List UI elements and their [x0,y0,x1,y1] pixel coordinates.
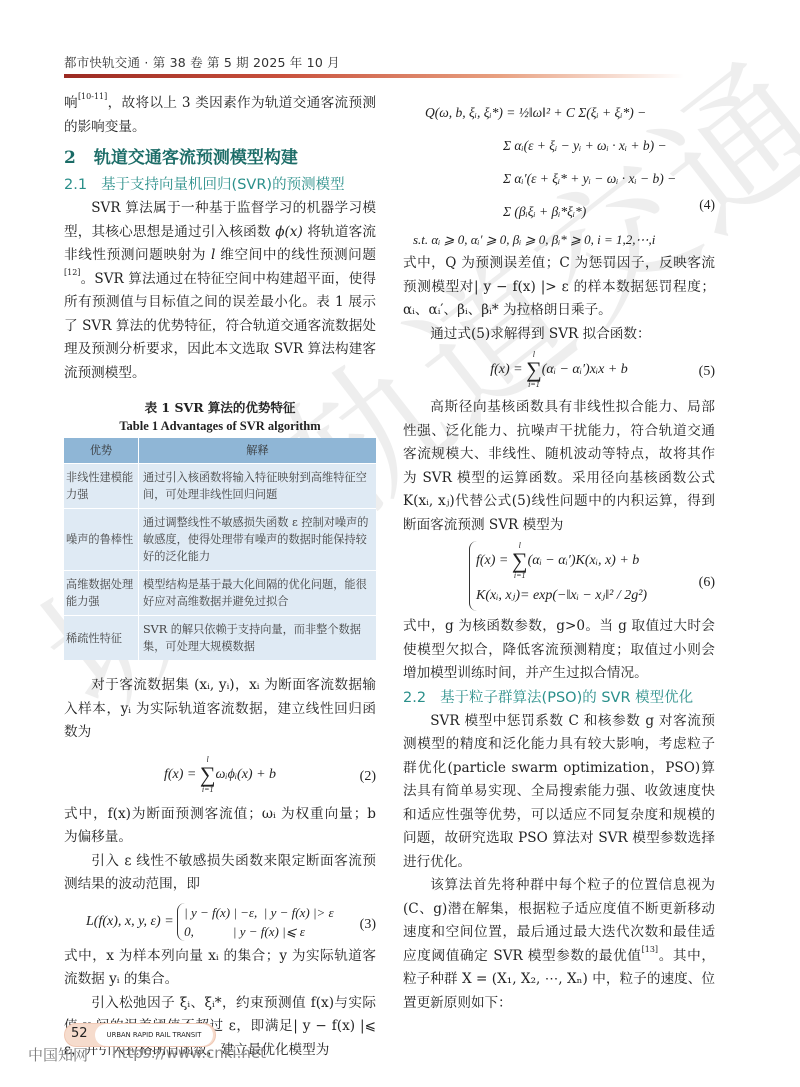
summation-symbol: l∑i=1 [512,541,528,581]
svr-advantages-table: 优势 解释 非线性建模能力强 通过引入核函数将输入特征映射到高维特征空间，可处理… [64,438,376,660]
citation: [12] [64,268,80,277]
table-cell: 非线性建模能力强 [64,464,139,509]
table-cell: SVR 的解只依赖于支持向量，而非整个数据集，可处理大规模数据 [139,616,377,661]
equation-5: f(x) = l∑i=1(αᵢ − αᵢ′)xᵢx + b (5) [403,350,715,390]
paragraph-svr-intro: SVR 算法属于一种基于监督学习的机器学习模型，其核心思想是通过引入核函数 ϕ(… [64,197,376,385]
table-cell: 通过调整线性不敏感损失函数 ε 控制对噪声的敏感度，使得处理带有噪声的数据时能保… [139,509,377,571]
paragraph-eq3-explanation: 式中，x 为样本列向量 xᵢ 的集合；y 为实际轨道客流数据 yᵢ 的集合。 [64,945,376,992]
paragraph-eq6-explanation: 式中，g 为核函数参数，g>0。当 g 取值过大时会使模型欠拟合，降低客流预测精… [403,615,715,686]
header-divider-bar [64,74,684,78]
paragraph-pso-algorithm: 该算法首先将种群中每个粒子的位置信息视为(C、g)潜在解集，根据粒子适应度值不断… [403,874,715,1015]
table-row: 非线性建模能力强 通过引入核函数将输入特征映射到高维特征空间，可处理非线性回归问… [64,464,376,509]
equation-number: (2) [360,765,376,789]
paragraph-eq5-intro: 通过式(5)求解得到 SVR 拟合函数： [403,323,715,347]
table-cell: 稀疏性特征 [64,616,139,661]
table-header-row: 优势 解释 [64,438,376,464]
journal-name-en: URBAN RAPID RAIL TRANSIT [95,1024,213,1046]
paragraph-rbf-kernel: 高斯径向基核函数具有非线性拟合能力、局部性强、泛化能力、抗噪声干扰能力，符合轨道… [403,396,715,537]
equation-number: (3) [360,913,376,937]
section-heading-2-2: 2.2基于粒子群算法(PSO)的 SVR 模型优化 [403,686,715,710]
table-cell: 模型结构是基于最大化间隔的优化问题，能很好应对高维数据并避免过拟合 [139,571,377,616]
equation-4: Q(ω, b, ξᵢ, ξᵢ*) = ½‖ω‖² + C Σ(ξᵢ + ξᵢ*)… [403,96,715,252]
summation-symbol: l∑i=1 [200,755,216,795]
intro-paragraph: 响[10-11]，故将以上 3 类因素作为轨道交通客流预测的影响变量。 [64,92,376,139]
equation-number: (5) [699,360,715,384]
table-cell: 高维数据处理能力强 [64,571,139,616]
paragraph-dataset: 对于客流数据集 (xᵢ, yᵢ)，xᵢ 为断面客流数据输入样本，yᵢ 为实际轨道… [64,674,376,745]
citation: [13] [642,945,658,954]
table-row: 高维数据处理能力强 模型结构是基于最大化间隔的优化问题，能很好应对高维数据并避免… [64,571,376,616]
table-header-cell: 解释 [139,438,377,464]
running-header: 都市快轨交通 · 第 38 卷 第 5 期 2025 年 10 月 [64,53,340,71]
summation-symbol: l∑i=1 [526,350,542,390]
table-caption-cn: 表 1 SVR 算法的优势特征 [64,399,376,417]
page-number: 52 [71,1026,88,1041]
paragraph-pso: SVR 模型中惩罚系数 C 和核参数 g 对客流预测模型的精度和泛化能力具有较大… [403,710,715,875]
table-row: 稀疏性特征 SVR 的解只依赖于支持向量，而非整个数据集，可处理大规模数据 [64,616,376,661]
paragraph-eq4-explanation: 式中，Q 为预测误差值；C 为惩罚因子，反映客流预测模型对| y − f(x) … [403,252,715,323]
left-column: 响[10-11]，故将以上 3 类因素作为轨道交通客流预测的影响变量。 2轨道交… [64,92,376,1062]
table-cell: 通过引入核函数将输入特征映射到高维特征空间，可处理非线性回归问题 [139,464,377,509]
citation: [10-11] [78,92,107,101]
equation-2: f(x) = l∑i=1ωᵢϕᵢ(x) + b (2) [64,755,376,795]
section-heading-2-1: 2.1基于支持向量机回归(SVR)的预测模型 [64,173,376,197]
equation-number: (4) [699,188,715,221]
equation-constraint: s.t. αᵢ ⩾ 0, αᵢ′ ⩾ 0, βᵢ ⩾ 0, βᵢ* ⩾ 0, i… [403,228,715,252]
table-row: 噪声的鲁棒性 通过调整线性不敏感损失函数 ε 控制对噪声的敏感度，使得处理带有噪… [64,509,376,571]
section-heading-2: 2轨道交通客流预测模型构建 [64,145,376,171]
table-cell: 噪声的鲁棒性 [64,509,139,571]
table-caption-en: Table 1 Advantages of SVR algorithm [64,417,376,435]
equation-number: (6) [699,571,715,595]
equation-6: f(x) = l∑i=1(αᵢ − αᵢ′)K(xᵢ, x) + b K(xᵢ,… [403,541,715,611]
paragraph-epsilon-loss: 引入 ε 线性不敏感损失函数来限定断面客流预测结果的波动范围，即 [64,850,376,897]
right-column: Q(ω, b, ξᵢ, ξᵢ*) = ½‖ω‖² + C Σ(ξᵢ + ξᵢ*)… [403,96,715,1015]
paragraph-eq2-explanation: 式中，f(x)为断面预测客流值；ωᵢ 为权重向量；b 为偏移量。 [64,803,376,850]
equation-3: L(f(x), x, y, ε) = | y − f(x) | −ε, | y … [64,903,376,941]
cnki-url-link[interactable]: https://www.cnki.net [112,1044,266,1062]
cnki-logo: 中国知网 [28,1044,88,1065]
table-header-cell: 优势 [64,438,139,464]
